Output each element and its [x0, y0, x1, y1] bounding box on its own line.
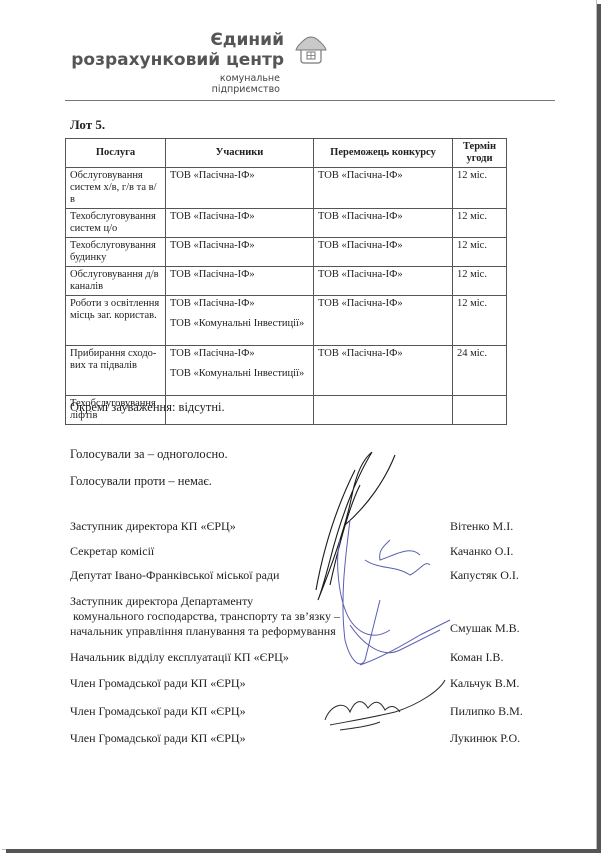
column-header-service: Послуга — [66, 139, 166, 168]
table-row: Роботи з освітлення місць заг. користав.… — [66, 296, 507, 346]
signatory-position: Начальник відділу експлуатації КП «ЄРЦ» — [70, 650, 289, 665]
cell-service: Обслуговування д/в каналів — [66, 267, 166, 296]
page-shadow-right — [597, 4, 601, 853]
logo-subtitle: комунальне підприємство — [160, 73, 280, 95]
cell-participants: ТОВ «Пасічна-ІФ»ТОВ «Комунальні Інвестиц… — [166, 346, 314, 396]
header-divider — [65, 100, 555, 101]
signatory-name: Пилипко В.М. — [450, 704, 523, 719]
cell-service: Техобслуговування будинку — [66, 238, 166, 267]
table-row: Обслуговування д/в каналівТОВ «Пасічна-І… — [66, 267, 507, 296]
page-shadow-bottom — [6, 849, 601, 853]
signatory-name: Кальчук В.М. — [450, 676, 519, 691]
logo-title-line1: Єдиний — [71, 30, 284, 50]
table-row: Обслуговування систем х/в, г/в та в/вТОВ… — [66, 168, 507, 209]
participant-name: ТОВ «Комунальні Інвестиції» — [170, 368, 309, 380]
participant-name: ТОВ «Пасічна-ІФ» — [170, 269, 309, 281]
table-header-row: Послуга Учасники Переможець конкурсу Тер… — [66, 139, 507, 168]
house-icon — [293, 30, 329, 66]
column-header-winner: Переможець конкурсу — [314, 139, 453, 168]
signatory-position: Секретар комісії — [70, 544, 154, 559]
signatory-position: Депутат Івано-Франківської міської ради — [70, 568, 279, 583]
cell-term: 12 міс. — [453, 209, 507, 238]
bids-table: Послуга Учасники Переможець конкурсу Тер… — [65, 138, 507, 425]
cell-service: Прибирання сходо-вих та підвалів — [66, 346, 166, 396]
signatory-position: Член Громадської ради КП «ЄРЦ» — [70, 676, 246, 691]
votes-for-text: Голосували за – одноголосно. — [70, 447, 228, 462]
lot-title: Лот 5. — [70, 117, 105, 133]
cell-winner: ТОВ «Пасічна-ІФ» — [314, 209, 453, 238]
cell-term: 24 міс. — [453, 346, 507, 396]
column-header-participants: Учасники — [166, 139, 314, 168]
cell-term — [453, 396, 507, 425]
cell-service: Техобслуговування систем ц/о — [66, 209, 166, 238]
logo-title-line2: розрахунковий центр — [71, 50, 284, 70]
signatory-name: Смушак М.В. — [450, 621, 520, 636]
cell-participants: ТОВ «Пасічна-ІФ» — [166, 168, 314, 209]
remarks-text: Окремі зауваження: відсутні. — [70, 400, 225, 415]
cell-winner: ТОВ «Пасічна-ІФ» — [314, 346, 453, 396]
cell-participants: ТОВ «Пасічна-ІФ» — [166, 209, 314, 238]
cell-term: 12 міс. — [453, 267, 507, 296]
cell-service: Обслуговування систем х/в, г/в та в/в — [66, 168, 166, 209]
participant-name: ТОВ «Комунальні Інвестиції» — [170, 318, 309, 330]
table-row: Техобслуговування будинкуТОВ «Пасічна-ІФ… — [66, 238, 507, 267]
table-row: Техобслуговування систем ц/оТОВ «Пасічна… — [66, 209, 507, 238]
votes-against-text: Голосували проти – немає. — [70, 474, 212, 489]
cell-participants: ТОВ «Пасічна-ІФ» — [166, 238, 314, 267]
participant-name: ТОВ «Пасічна-ІФ» — [170, 298, 309, 310]
cell-winner — [314, 396, 453, 425]
cell-winner: ТОВ «Пасічна-ІФ» — [314, 238, 453, 267]
participant-name: ТОВ «Пасічна-ІФ» — [170, 211, 309, 223]
cell-winner: ТОВ «Пасічна-ІФ» — [314, 168, 453, 209]
signatory-name: Вітенко М.І. — [450, 519, 513, 534]
cell-term: 12 міс. — [453, 238, 507, 267]
signatory-name: Коман І.В. — [450, 650, 503, 665]
participant-name: ТОВ «Пасічна-ІФ» — [170, 240, 309, 252]
logo-title: Єдиний розрахунковий центр — [71, 30, 284, 70]
participant-name: ТОВ «Пасічна-ІФ» — [170, 170, 309, 182]
cell-participants: ТОВ «Пасічна-ІФ»ТОВ «Комунальні Інвестиц… — [166, 296, 314, 346]
signatory-name: Капустяк О.І. — [450, 568, 519, 583]
cell-winner: ТОВ «Пасічна-ІФ» — [314, 267, 453, 296]
cell-participants: ТОВ «Пасічна-ІФ» — [166, 267, 314, 296]
signatory-position: Член Громадської ради КП «ЄРЦ» — [70, 731, 246, 746]
signatory-position: Заступник директора КП «ЄРЦ» — [70, 519, 236, 534]
cell-term: 12 міс. — [453, 168, 507, 209]
signatory-position: Заступник директора Департаменту комунал… — [70, 594, 340, 639]
cell-winner: ТОВ «Пасічна-ІФ» — [314, 296, 453, 346]
signatory-name: Качанко О.І. — [450, 544, 513, 559]
table-row: Прибирання сходо-вих та підвалівТОВ «Пас… — [66, 346, 507, 396]
table-body: Обслуговування систем х/в, г/в та в/вТОВ… — [66, 168, 507, 425]
cell-service: Роботи з освітлення місць заг. користав. — [66, 296, 166, 346]
signatory-position: Член Громадської ради КП «ЄРЦ» — [70, 704, 246, 719]
participant-name: ТОВ «Пасічна-ІФ» — [170, 348, 309, 360]
column-header-term: Термін угоди — [453, 139, 507, 168]
signatory-name: Лукинюк Р.О. — [450, 731, 520, 746]
cell-term: 12 міс. — [453, 296, 507, 346]
